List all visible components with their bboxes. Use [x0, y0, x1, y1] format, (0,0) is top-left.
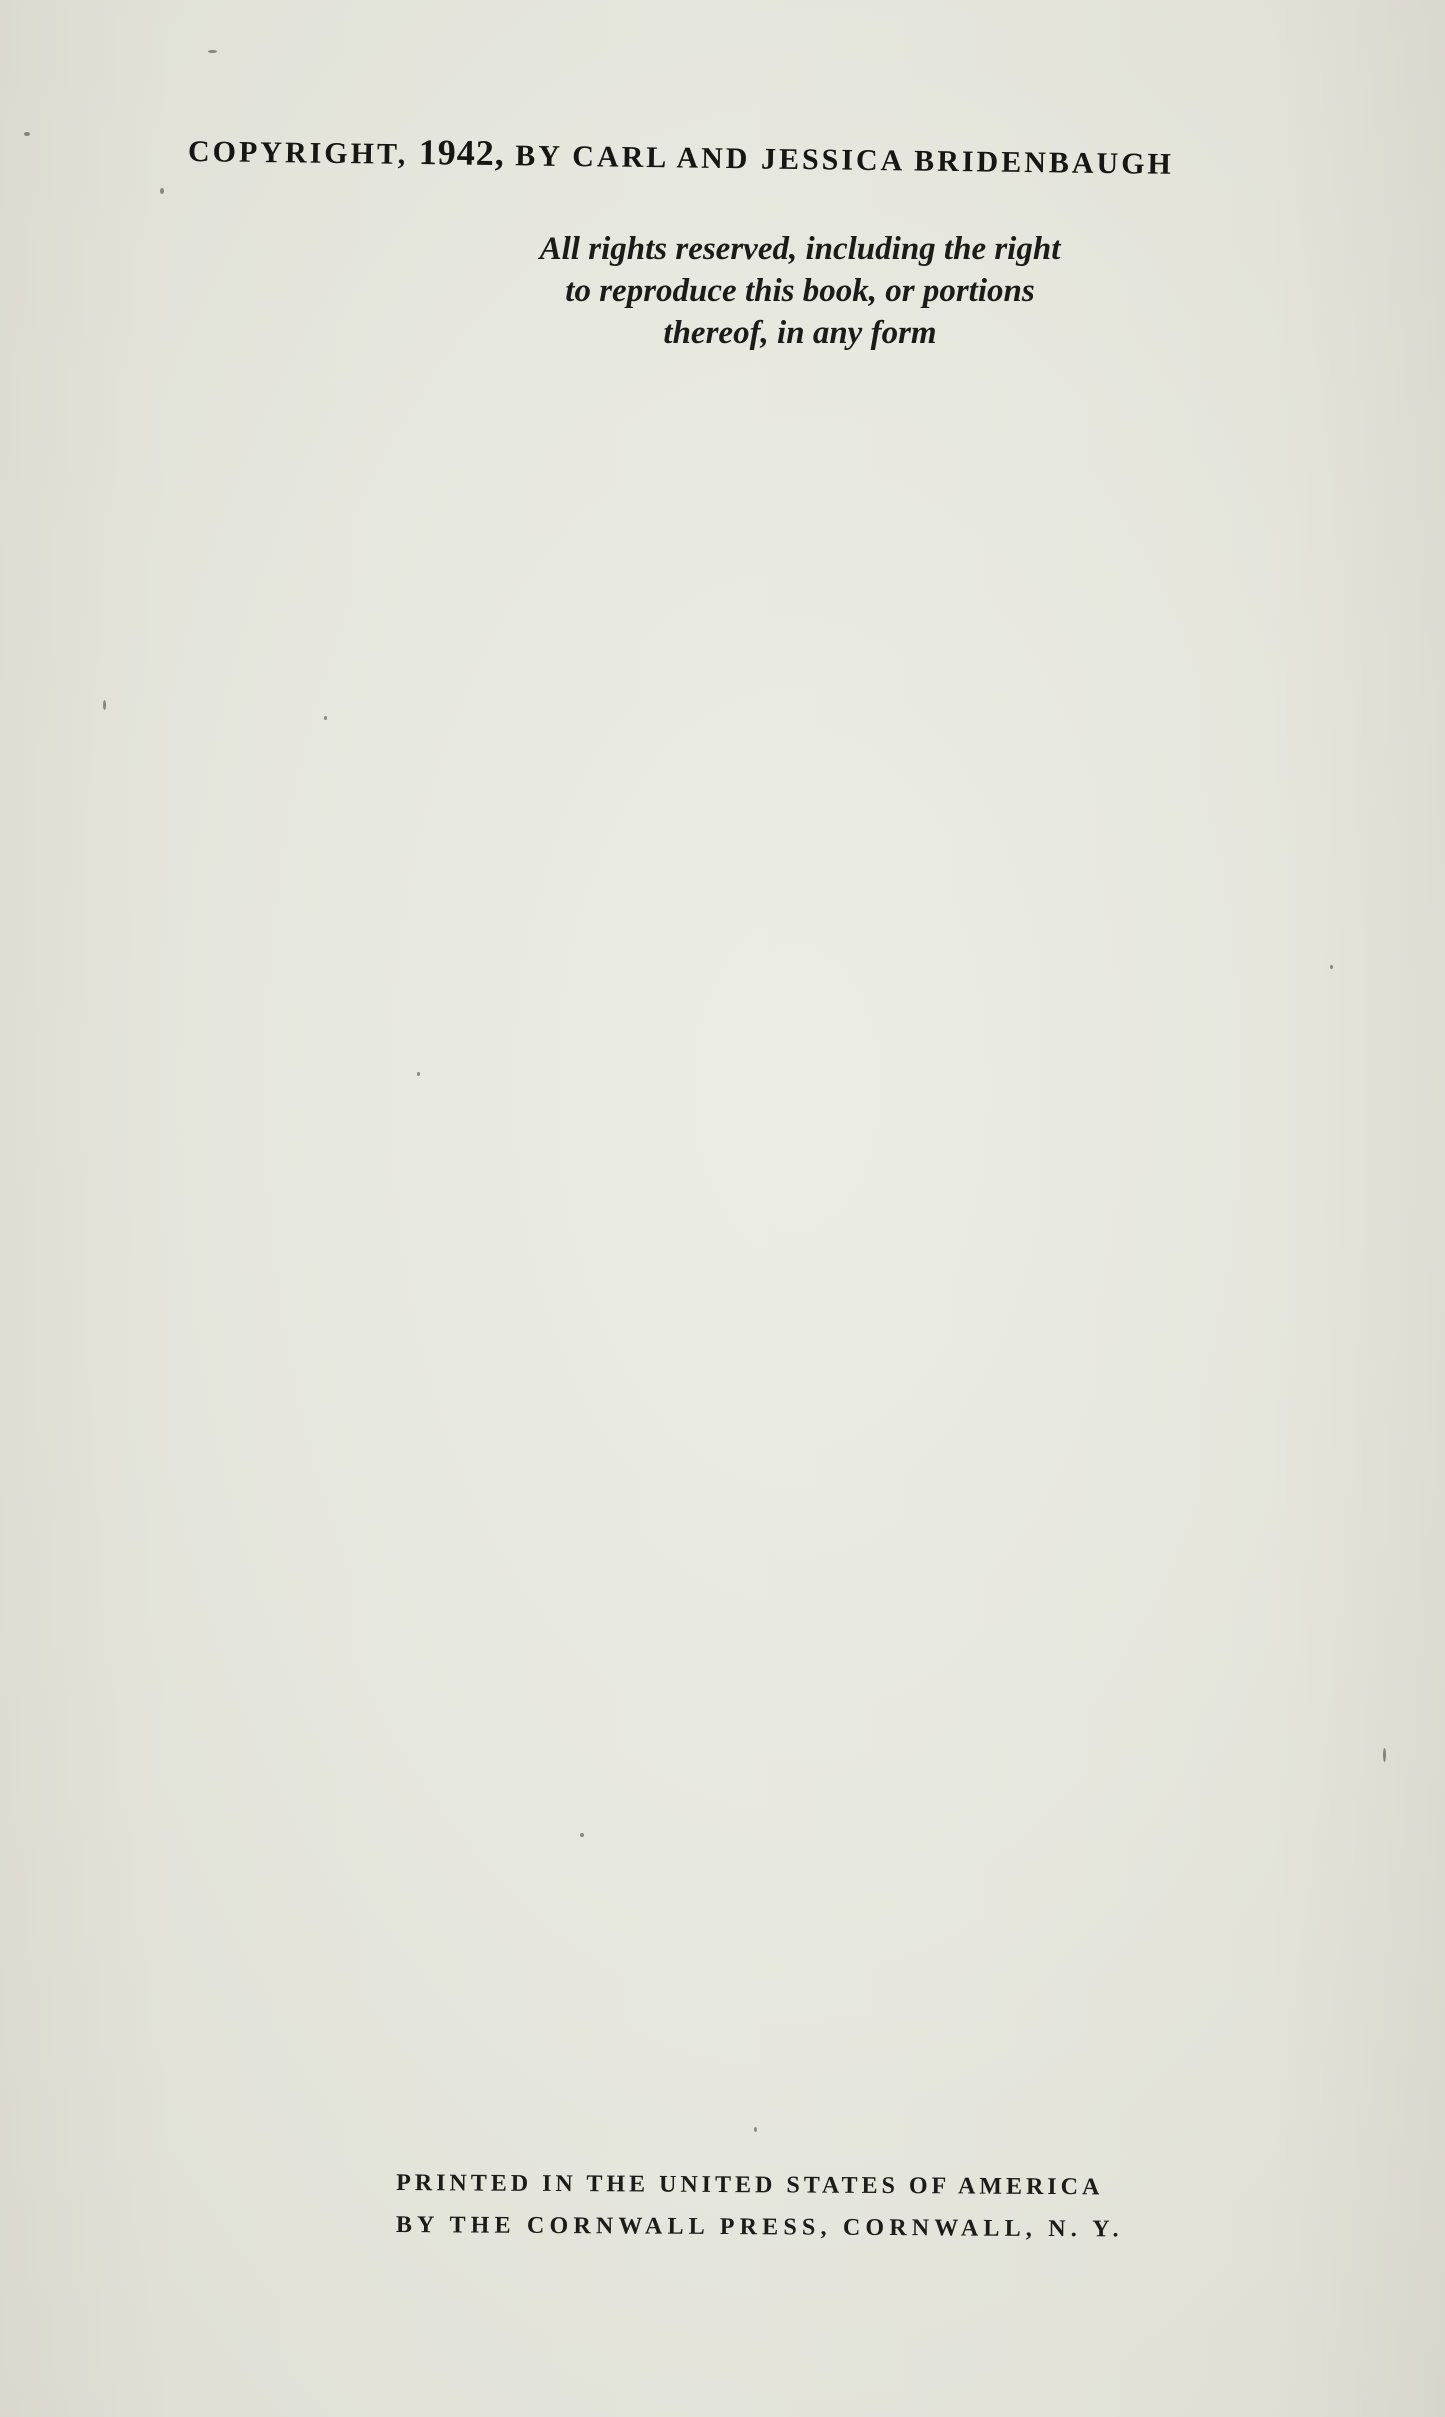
paper-speck [103, 700, 106, 710]
paper-speck [1330, 965, 1333, 969]
rights-reserved-notice: All rights reserved, including the right… [440, 228, 1160, 354]
paper-speck [580, 1833, 584, 1837]
paper-speck [1383, 1748, 1386, 1762]
imprint-line: PRINTED IN THE UNITED STATES OF AMERICA [396, 2162, 1276, 2209]
imprint-line: BY THE CORNWALL PRESS, CORNWALL, N. Y. [396, 2204, 1276, 2251]
rights-line: thereof, in any form [440, 312, 1160, 354]
copyright-prefix: COPYRIGHT, [188, 135, 409, 171]
copyright-holders: BY CARL AND JESSICA BRIDENBAUGH [515, 139, 1174, 181]
paper-speck [754, 2127, 757, 2132]
paper-speck [24, 132, 30, 136]
copyright-year: 1942, [419, 132, 506, 173]
book-page: COPYRIGHT, 1942, BY CARL AND JESSICA BRI… [0, 0, 1445, 2417]
paper-speck [160, 188, 164, 194]
rights-line: to reproduce this book, or portions [440, 270, 1160, 312]
rights-line: All rights reserved, including the right [440, 228, 1160, 270]
paper-speck [208, 50, 217, 53]
copyright-notice: COPYRIGHT, 1942, BY CARL AND JESSICA BRI… [188, 128, 1388, 186]
paper-speck [417, 1072, 420, 1076]
printer-imprint: PRINTED IN THE UNITED STATES OF AMERICA … [396, 2162, 1276, 2251]
paper-speck [324, 716, 327, 720]
